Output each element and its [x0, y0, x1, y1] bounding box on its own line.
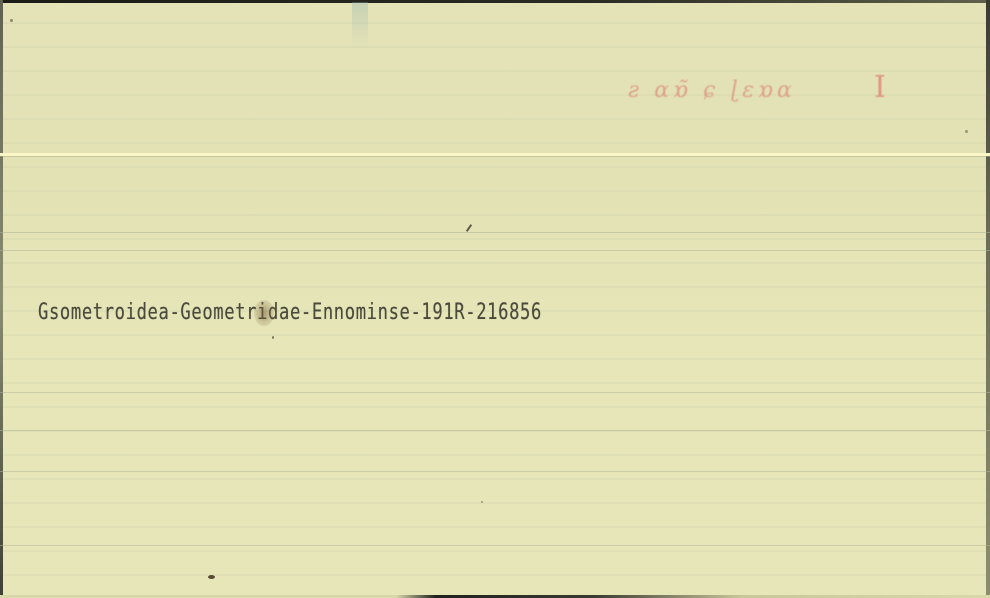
taxonomy-typed-label: Gsometroidea-Geometridae-Ennominse-191R-… [38, 300, 542, 325]
blue-tint-mark [352, 2, 368, 46]
annotation-text: ƨ ɑɒ̃ ɕ ɭɛɒɑ [628, 78, 796, 103]
ink-speck [965, 130, 968, 133]
card-fold-line [0, 153, 990, 156]
ink-speck [481, 501, 483, 503]
faint-ruled-line [0, 545, 990, 546]
red-handwritten-annotation: ƨ ɑɒ̃ ɕ ɭɛɒɑ I [628, 78, 796, 103]
stain-spot [254, 300, 274, 326]
faint-ruled-line [0, 471, 990, 472]
ink-speck [208, 575, 215, 579]
faint-ruled-line [0, 232, 990, 233]
faint-ruled-line [0, 250, 990, 251]
pencil-tick-mark [466, 224, 472, 232]
faint-ruled-line [0, 392, 990, 393]
card-top-edge-shadow [0, 0, 990, 3]
ink-speck [10, 19, 13, 22]
annotation-initial: I [874, 70, 890, 105]
ink-speck [272, 336, 274, 339]
index-card: ƨ ɑɒ̃ ɕ ɭɛɒɑ I Gsometroidea-Geometridae-… [0, 0, 990, 598]
card-right-edge-shadow [986, 0, 990, 598]
faint-ruled-line [0, 430, 990, 431]
card-left-edge-shadow [0, 0, 3, 598]
